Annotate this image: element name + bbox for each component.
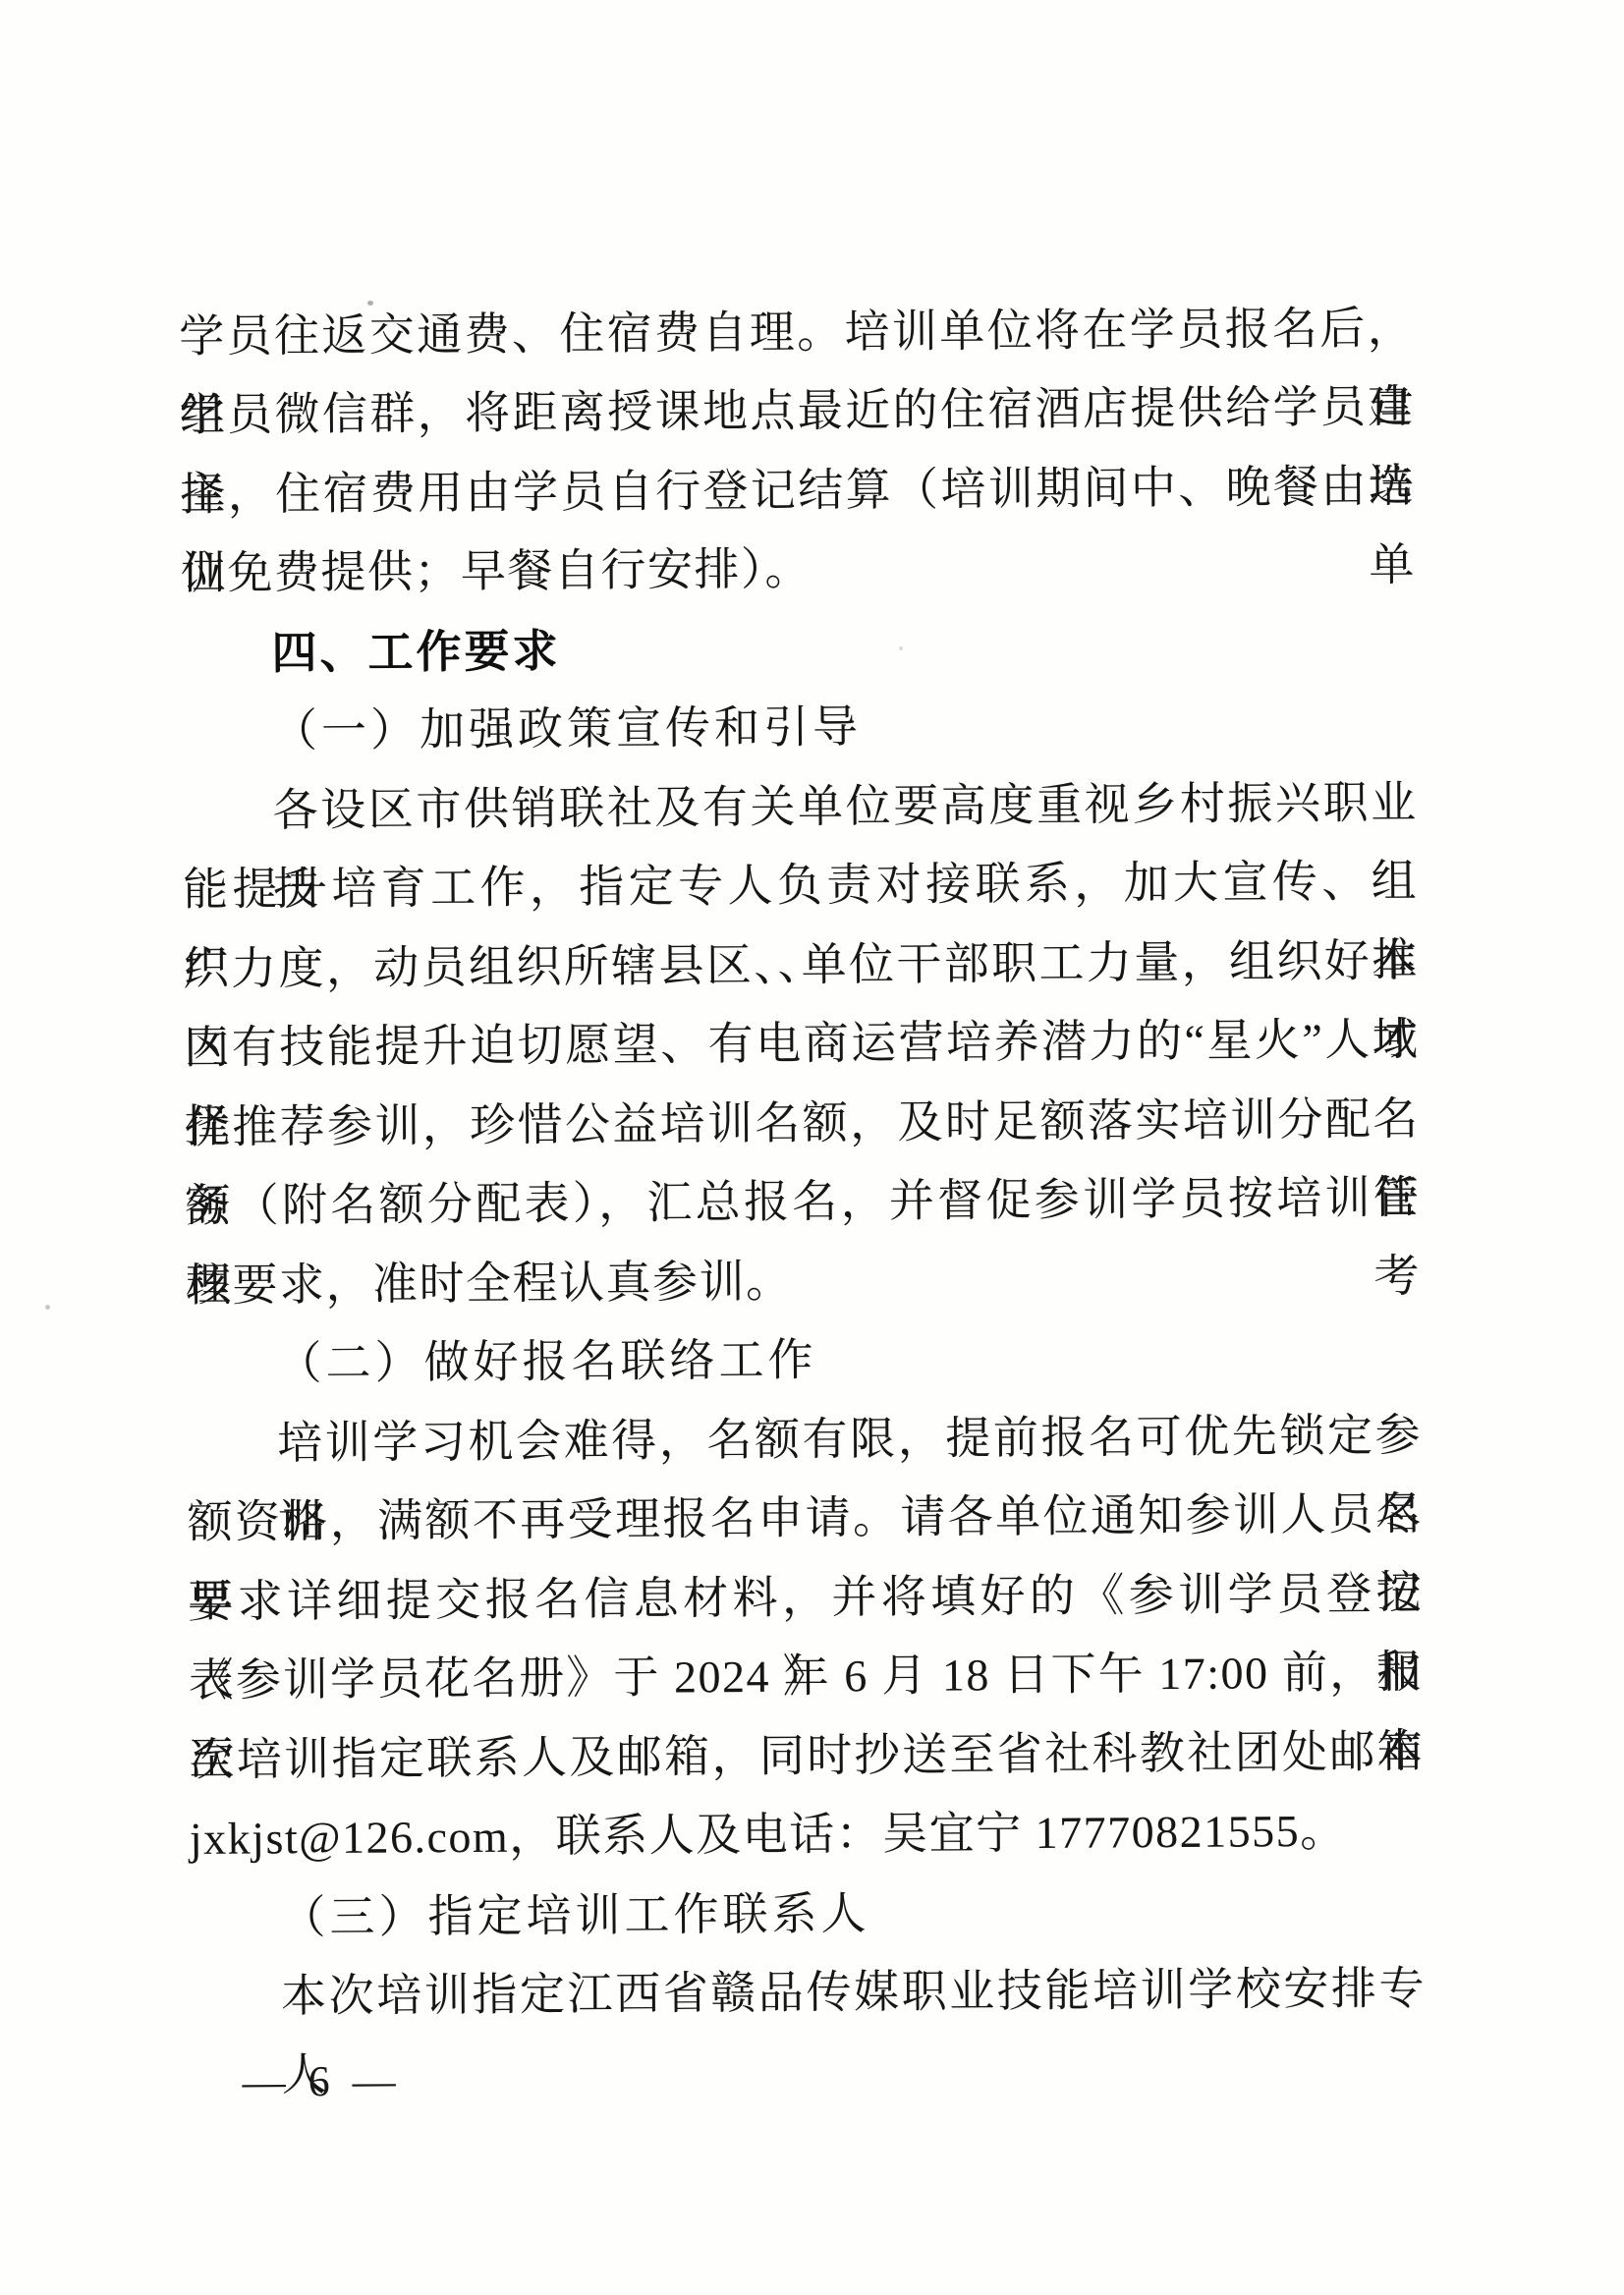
document-line: 额资格，满额不再受理报名申请。请各单位通知参训人员尽早按 <box>187 1475 1423 1562</box>
contact-email-phone-line: jxkjst@126.com，联系人及电话：吴宜宁 17770821555。 <box>190 1791 1426 1878</box>
subsection-heading-3: （三）指定培训工作联系人 <box>280 1871 1426 1957</box>
document-line: 能提升培育工作，指定专人负责对接联系，加大宣传、组织、推 <box>183 842 1419 929</box>
document-text-block: 学员往返交通费、住宿费自理。培训单位将在学员报名后，组建 学员微信群，将距离授课… <box>177 0 1428 2295</box>
document-line: 本次培训指定江西省赣品传媒职业技能培训学校安排专人 <box>281 1949 1427 2036</box>
document-line: 广力度，动员组织所辖县区、单位干部职工力量，组织好本区域 <box>183 922 1419 1009</box>
document-line: 次培训指定联系人及邮箱，同时抄送至省社科教社团处邮箱 <box>189 1712 1425 1800</box>
subsection-heading-2: （二）做好报名联络工作 <box>276 1316 1422 1403</box>
document-line: 各设区市供销联社及有关单位要高度重视乡村振兴职业技 <box>272 763 1418 850</box>
subsection-heading-1: （一）加强政策宣传和引导 <box>272 684 1418 770</box>
document-line: 学员往返交通费、住宿费自理。培训单位将在学员报名后，组建 <box>179 289 1415 376</box>
document-line: 学员微信群，将距离授课地点最近的住宿酒店提供给学员自主选 <box>180 367 1416 455</box>
document-line: 培训学习机会难得，名额有限，提前报名可优先锁定参训名 <box>277 1396 1423 1483</box>
document-line: 务（附名额分配表），汇总报名，并督促参训学员按培训管理考 <box>185 1158 1421 1246</box>
document-line: 择，住宿费用由学员自行登记结算（培训期间中、晚餐由培训单 <box>180 447 1416 534</box>
document-page: 学员往返交通费、住宿费自理。培训单位将在学员报名后，组建 学员微信群，将距离授课… <box>0 0 1624 2295</box>
document-line: 核要求，准时全程认真参训。 <box>186 1238 1422 1325</box>
section-heading-4-work-requirements: 四、工作要求 <box>271 605 1417 692</box>
document-line: 要求详细提交报名信息材料，并将填好的《参训学员登记表》和 <box>188 1554 1424 1642</box>
document-line: 位免费提供；早餐自行安排）。 <box>181 526 1417 613</box>
document-line: 《参训学员花名册》于 2024 年 6 月 18 日下午 17:00 前，报至本 <box>189 1633 1425 1720</box>
scan-speck <box>45 1305 50 1310</box>
document-line: 优推荐参训，珍惜公益培训名额，及时足额落实培训分配名额任 <box>185 1080 1421 1167</box>
document-line: 内有技能提升迫切愿望、有电商运营培养潜力的“星火”人才择 <box>184 1000 1420 1088</box>
page-number: — 6 — <box>242 2042 402 2121</box>
